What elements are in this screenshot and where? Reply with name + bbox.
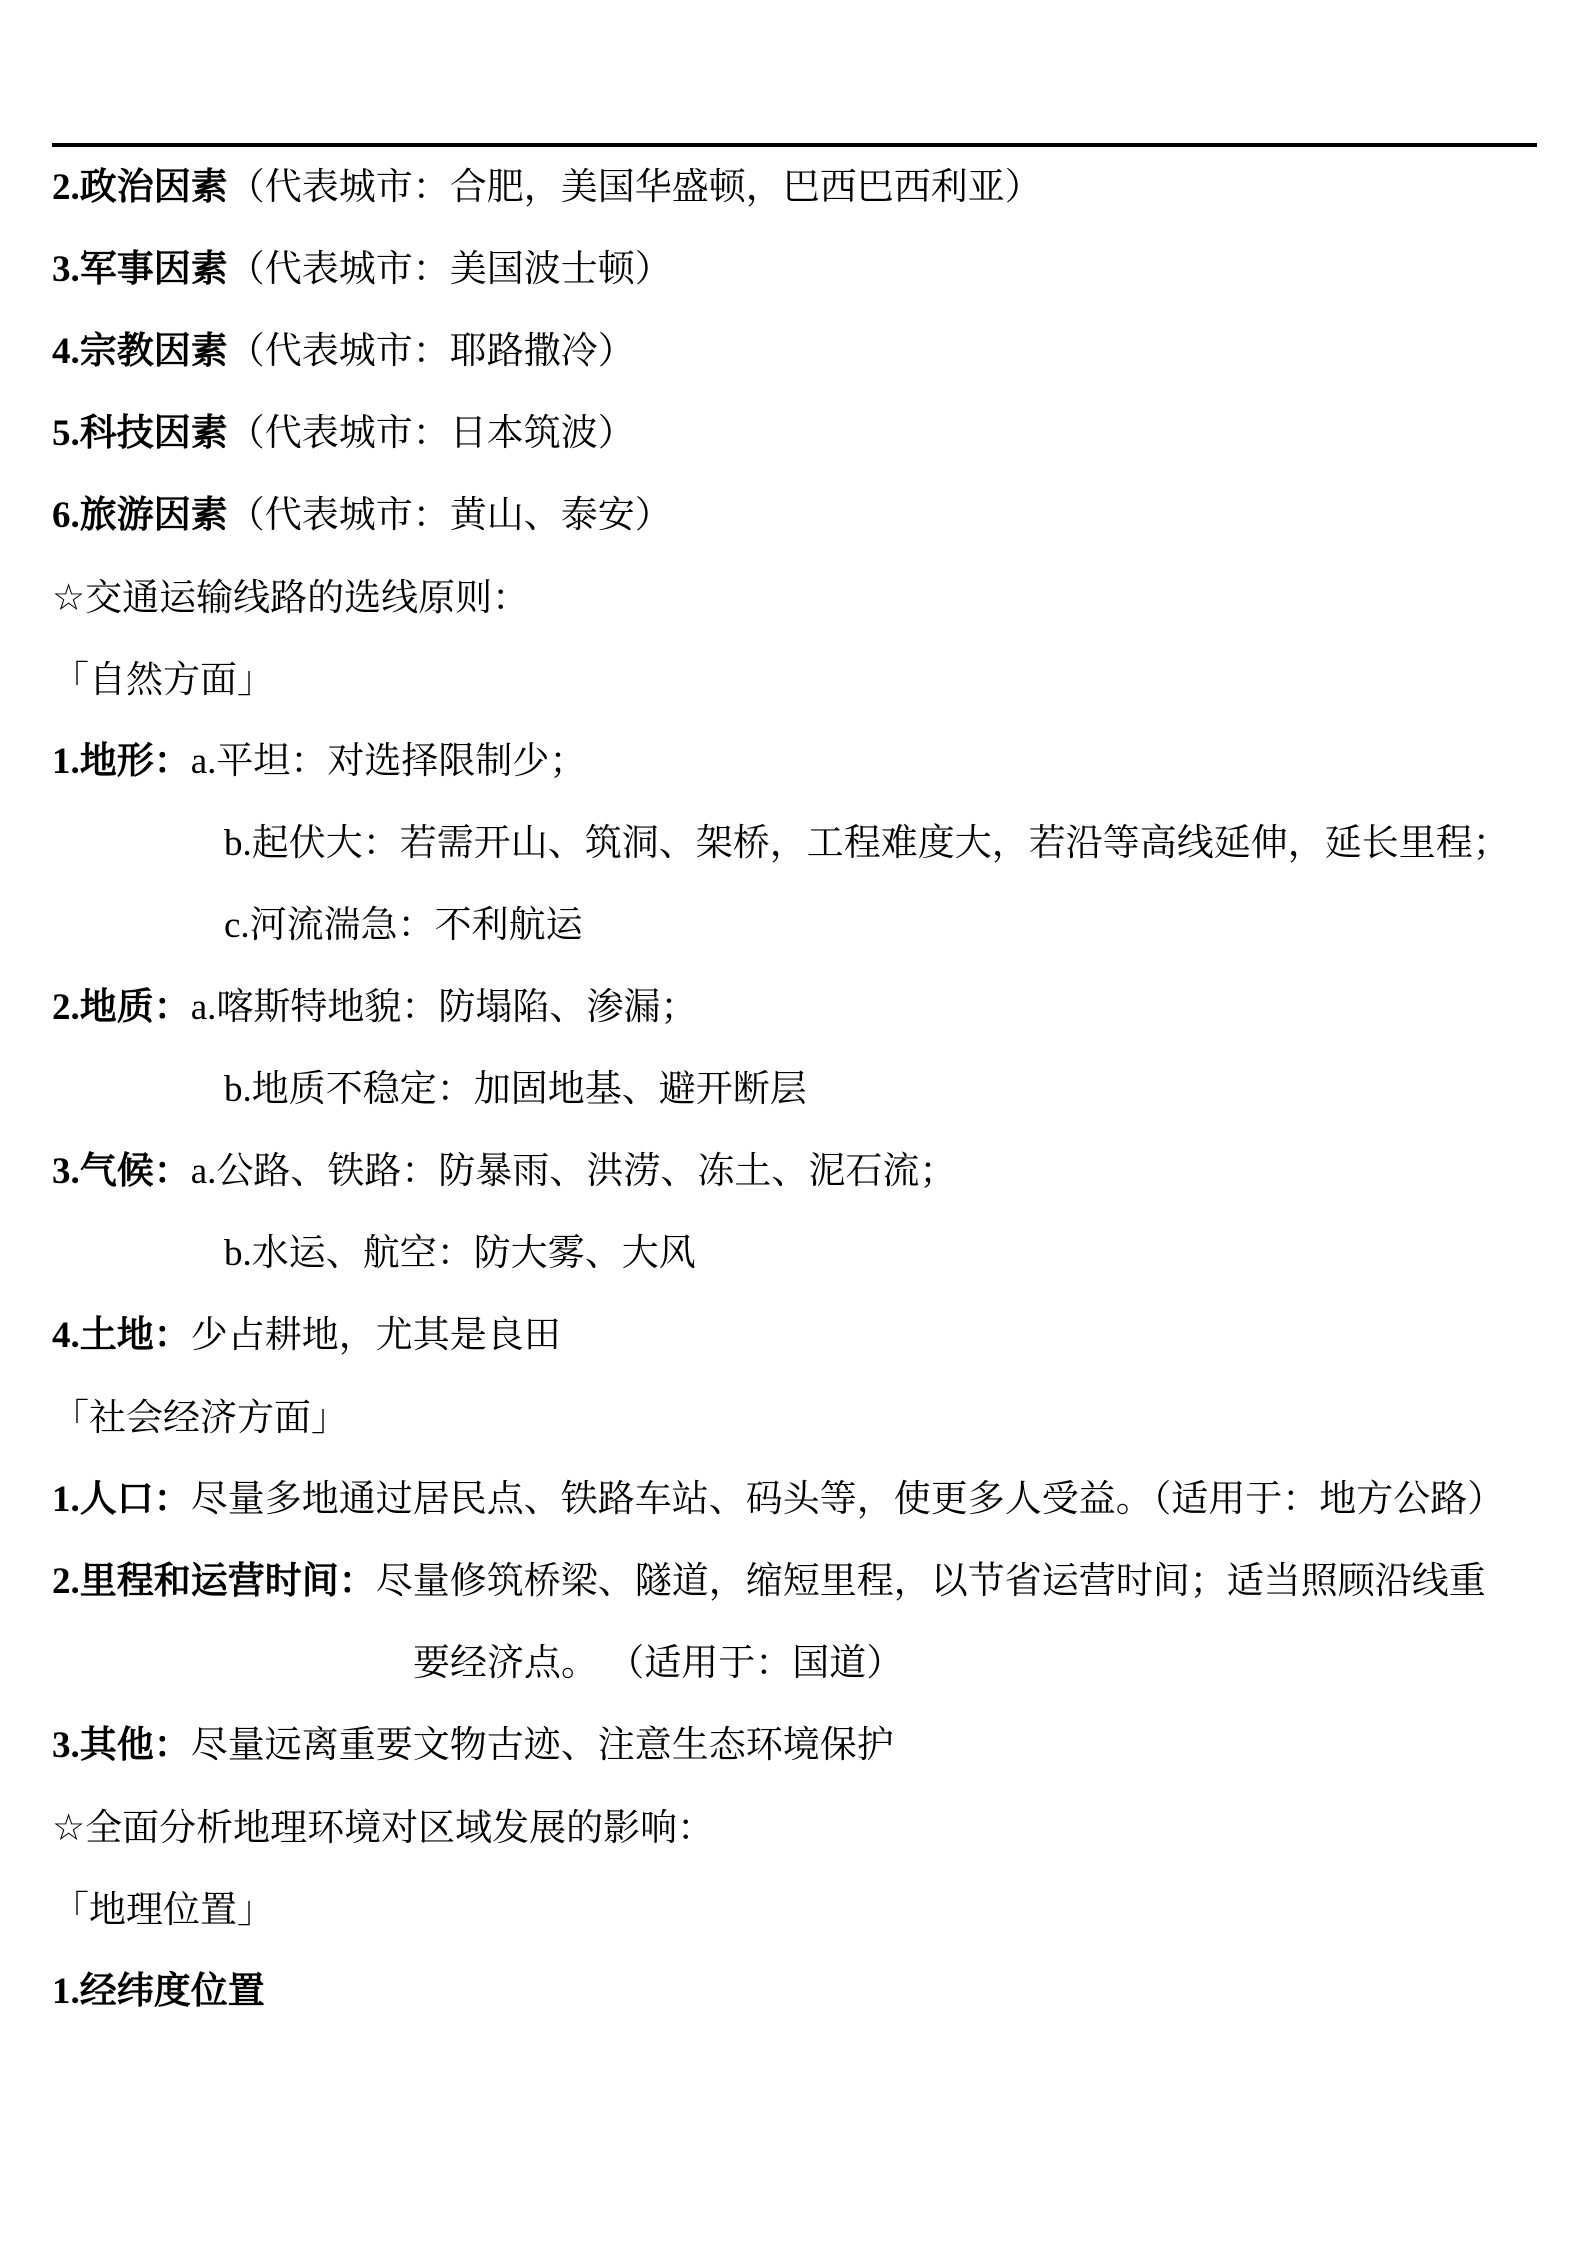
line-text: b.起伏大：若需开山、筑洞、架桥，工程难度大，若沿等高线延伸，延长里程； <box>224 823 1510 864</box>
line-label: 6.旅游因素 <box>52 495 228 536</box>
line-label: 3.气候： <box>52 1151 191 1192</box>
doc-line-terrain: 1.地形：a.平坦：对选择限制少； <box>52 721 1552 803</box>
line-text: 尽量多地通过居民点、铁路车站、码头等，使更多人受益。（适用于：地方公路） <box>191 1479 1505 1520</box>
line-text: ☆交通运输线路的选线原则： <box>52 577 529 618</box>
line-label: 5.科技因素 <box>52 413 228 454</box>
line-text: c.河流湍急：不利航运 <box>224 905 583 946</box>
document-page: 2.政治因素（代表城市：合肥，美国华盛顿，巴西巴西利亚） 3.军事因素（代表城市… <box>0 0 1587 2245</box>
doc-line-technology-factor: 5.科技因素（代表城市：日本筑波） <box>52 393 1552 475</box>
line-text: 尽量远离重要文物古迹、注意生态环境保护 <box>191 1725 894 1766</box>
document-content: 2.政治因素（代表城市：合肥，美国华盛顿，巴西巴西利亚） 3.军事因素（代表城市… <box>52 147 1552 2033</box>
line-label: 1.地形： <box>52 741 191 782</box>
line-text: （代表城市：美国波士顿） <box>228 249 672 290</box>
section-heading-route-selection: ☆交通运输线路的选线原则： <box>52 557 1552 639</box>
line-text: b.水运、航空：防大雾、大风 <box>224 1233 696 1274</box>
line-text: 要经济点。 （适用于：国道） <box>413 1643 903 1684</box>
line-label: 4.土地： <box>52 1315 191 1356</box>
line-label: 1.经纬度位置 <box>52 1971 265 2012</box>
doc-line-mileage-time: 2.里程和运营时间：尽量修筑桥梁、隧道，缩短里程，以节省运营时间；适当照顾沿线重 <box>52 1541 1552 1623</box>
line-label: 1.人口： <box>52 1479 191 1520</box>
subsection-heading-natural-aspect: 「自然方面」 <box>52 639 1552 721</box>
line-label: 4.宗教因素 <box>52 331 228 372</box>
subsection-heading-geographic-location: 「地理位置」 <box>52 1869 1552 1951</box>
line-text: a.公路、铁路：防暴雨、洪涝、冻土、泥石流； <box>191 1151 957 1192</box>
line-text: （代表城市：日本筑波） <box>228 413 635 454</box>
doc-line-geology-b: b.地质不稳定：加固地基、避开断层 <box>52 1049 1552 1131</box>
doc-line-lat-long-location: 1.经纬度位置 <box>52 1951 1552 2033</box>
line-label: 3.其他： <box>52 1725 191 1766</box>
doc-line-geology: 2.地质：a.喀斯特地貌：防塌陷、渗漏； <box>52 967 1552 1049</box>
line-text: （代表城市：黄山、泰安） <box>228 495 672 536</box>
section-heading-regional-development: ☆全面分析地理环境对区域发展的影响： <box>52 1787 1552 1869</box>
subsection-heading-socioeconomic-aspect: 「社会经济方面」 <box>52 1377 1552 1459</box>
line-label: 2.政治因素 <box>52 167 228 208</box>
line-text: （代表城市：耶路撒冷） <box>228 331 635 372</box>
doc-line-military-factor: 3.军事因素（代表城市：美国波士顿） <box>52 229 1552 311</box>
doc-line-land: 4.土地：少占耕地，尤其是良田 <box>52 1295 1552 1377</box>
line-text: 「地理位置」 <box>52 1889 274 1930</box>
line-text: 尽量修筑桥梁、隧道，缩短里程，以节省运营时间；适当照顾沿线重 <box>376 1561 1486 1602</box>
doc-line-terrain-b: b.起伏大：若需开山、筑洞、架桥，工程难度大，若沿等高线延伸，延长里程； <box>52 803 1552 885</box>
line-text: b.地质不稳定：加固地基、避开断层 <box>224 1069 807 1110</box>
line-text: 「自然方面」 <box>52 659 274 700</box>
doc-line-mileage-time-continued: 要经济点。 （适用于：国道） <box>52 1623 1552 1705</box>
doc-line-terrain-c: c.河流湍急：不利航运 <box>52 885 1552 967</box>
line-text: a.喀斯特地貌：防塌陷、渗漏； <box>191 987 698 1028</box>
doc-line-tourism-factor: 6.旅游因素（代表城市：黄山、泰安） <box>52 475 1552 557</box>
line-text: （代表城市：合肥，美国华盛顿，巴西巴西利亚） <box>228 167 1042 208</box>
doc-line-religion-factor: 4.宗教因素（代表城市：耶路撒冷） <box>52 311 1552 393</box>
line-text: 「社会经济方面」 <box>52 1397 348 1438</box>
doc-line-population: 1.人口：尽量多地通过居民点、铁路车站、码头等，使更多人受益。（适用于：地方公路… <box>52 1459 1552 1541</box>
line-label: 2.里程和运营时间： <box>52 1561 376 1602</box>
doc-line-climate-b: b.水运、航空：防大雾、大风 <box>52 1213 1552 1295</box>
doc-line-climate: 3.气候：a.公路、铁路：防暴雨、洪涝、冻土、泥石流； <box>52 1131 1552 1213</box>
doc-line-others: 3.其他：尽量远离重要文物古迹、注意生态环境保护 <box>52 1705 1552 1787</box>
line-text: 少占耕地，尤其是良田 <box>191 1315 561 1356</box>
line-text: a.平坦：对选择限制少； <box>191 741 587 782</box>
doc-line-political-factor: 2.政治因素（代表城市：合肥，美国华盛顿，巴西巴西利亚） <box>52 147 1552 229</box>
line-label: 2.地质： <box>52 987 191 1028</box>
line-label: 3.军事因素 <box>52 249 228 290</box>
line-text: ☆全面分析地理环境对区域发展的影响： <box>52 1807 714 1848</box>
